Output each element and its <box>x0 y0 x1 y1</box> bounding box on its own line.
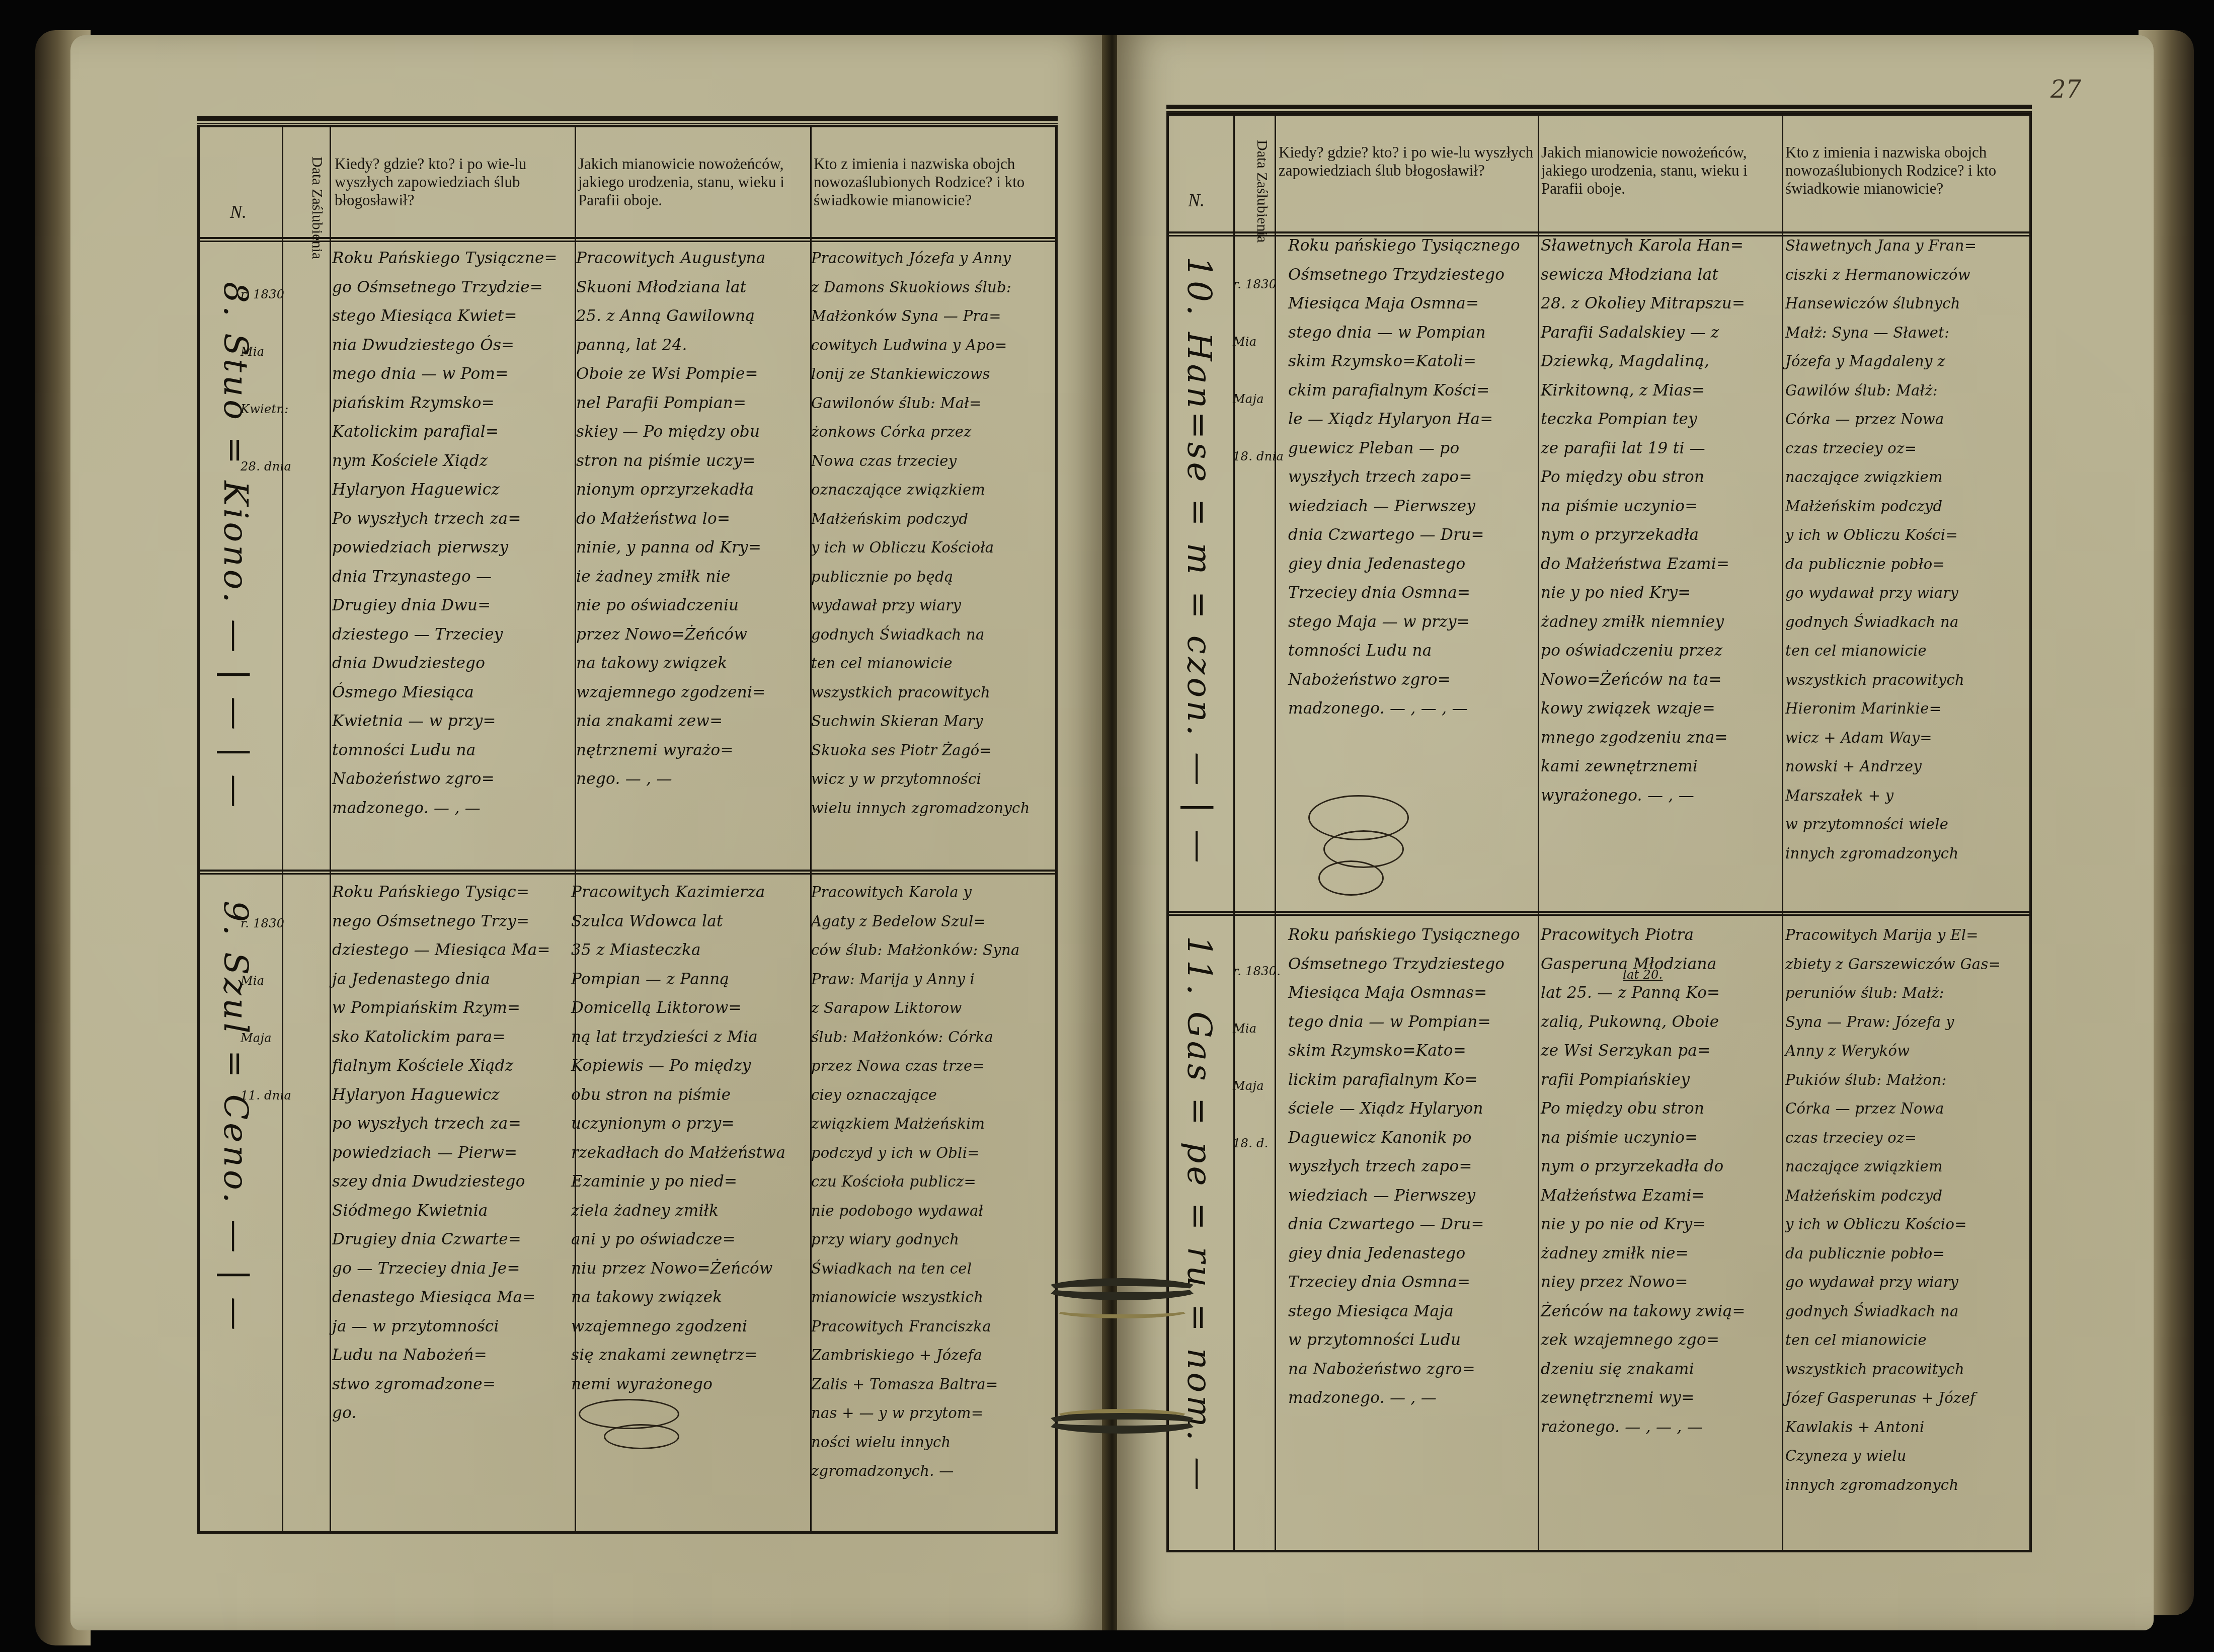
handwritten-line: szey dnia Dwudziestego <box>332 1167 550 1197</box>
entry-separator <box>1169 911 2029 916</box>
handwritten-line: niey przez Nowo= <box>1541 1268 1746 1297</box>
handwritten-line: Józefa y Magdaleny z <box>1785 347 1976 376</box>
handwritten-line: stego Miesiąca Maja <box>1288 1297 1520 1326</box>
handwritten-line: ściele — Xiądz Hylaryon <box>1288 1094 1520 1124</box>
handwritten-line: Córka — przez Nowa <box>1785 405 1976 434</box>
handwritten-line: w przytomności Ludu <box>1288 1326 1520 1355</box>
column-divider <box>1538 116 1539 1550</box>
handwritten-line: Zalis + Tomasza Baltra= <box>811 1370 1020 1399</box>
handwritten-line: Po między obu stron <box>1541 1094 1746 1124</box>
entry-number-11: 11. Gas = pe = ru = nom. — <box>1180 936 1219 1493</box>
handwritten-line: Nowo=Żeńców na ta= <box>1541 666 1745 695</box>
handwritten-line: da publicznie pobło= <box>1785 550 1976 579</box>
header-ceremony: Kiedy? gdzie? kto? i po wie-lu wyszłych … <box>335 155 571 209</box>
handwritten-line: piańskim Rzymsko= <box>332 389 558 418</box>
handwritten-line: z Sarapow Liktorow <box>811 994 1020 1023</box>
handwritten-line: nego. — , — <box>576 765 766 794</box>
handwritten-line: Domicellą Liktorow= <box>571 994 785 1023</box>
entry-number-10: 10. Han=se = m = czon. — | — <box>1180 257 1219 866</box>
handwritten-line: Ludu na Nabożeń= <box>332 1341 550 1370</box>
handwritten-line: wiedziach — Pierwszey <box>1288 492 1520 521</box>
handwritten-line: ziela żadney zmiłk <box>571 1197 785 1226</box>
handwritten-line: nia znakami zew= <box>576 707 766 736</box>
handwritten-line: przez Nowo=Żeńców <box>576 620 766 650</box>
handwritten-line: Pracowitych Kazimierza <box>571 878 785 907</box>
handwritten-line: nie y po nied Kry= <box>1541 579 1745 608</box>
entry-11-ceremony: Roku pańskiego TysiącznegoOśmsetnego Trz… <box>1288 921 1520 1413</box>
handwritten-line: Czyneza y wielu <box>1785 1442 2001 1471</box>
handwritten-line: wiedziach — Pierwszey <box>1288 1182 1520 1211</box>
entry-9-spouses: Pracowitych KazimierzaSzulca Wdowca lat3… <box>571 878 785 1399</box>
date-year: r. 1830 <box>241 914 291 933</box>
handwritten-line: Syna — Praw: Józefa y <box>1785 1008 2001 1037</box>
header-spouses: Jakich mianowicie nowożeńców, jakiego ur… <box>578 155 807 209</box>
handwritten-line: 35 z Miasteczka <box>571 936 785 965</box>
handwritten-line: Pracowitych Józefa y Anny <box>811 244 1030 273</box>
handwritten-line: cowitych Ludwina y Apo= <box>811 331 1030 360</box>
handwritten-line: wydawał przy wiary <box>811 591 1030 620</box>
handwritten-line: Sławetnych Jana y Fran= <box>1785 231 1976 261</box>
header-number: N. <box>230 203 247 221</box>
handwritten-line: godnych Świadkach na <box>811 620 1030 650</box>
handwritten-line: czu Kościoła publicz= <box>811 1167 1020 1197</box>
handwritten-line: Roku Pańskiego Tysiąc= <box>332 878 550 907</box>
handwritten-line: po wyszłych trzech za= <box>332 1110 550 1139</box>
handwritten-line: Roku pańskiego Tysiącznego <box>1288 231 1520 261</box>
handwritten-line: nia Dwudziestego Ós= <box>332 331 558 360</box>
handwritten-line: rafii Pompiańskiey <box>1541 1066 1746 1095</box>
handwritten-line: Szulca Wdowca lat <box>571 907 785 936</box>
handwritten-line: 28. z Okoliey Mitrapszu= <box>1541 289 1745 319</box>
date-year: r. 1830 <box>1233 275 1284 294</box>
handwritten-line: Skuoka ses Piotr Żagó= <box>811 736 1030 765</box>
handwritten-line: wielu innych zgromadzonych <box>811 794 1030 823</box>
handwritten-line: Ośmsetnego Trzydziestego <box>1288 261 1520 290</box>
handwritten-line: Małżeńskim podczyd <box>1785 492 1976 521</box>
handwritten-line: publicznie po będą <box>811 563 1030 592</box>
handwritten-line: lonij ze Stankiewiczows <box>811 360 1030 389</box>
date-year: r. 1830. <box>1233 962 1281 981</box>
handwritten-line: żadney zmiłk nie= <box>1541 1239 1746 1269</box>
handwritten-line: Małżonków Syna — Pra= <box>811 302 1030 331</box>
handwritten-line: związkiem Małżeńskim <box>811 1110 1020 1139</box>
header-top-rule <box>1166 105 2032 113</box>
handwritten-line: Pracowitych Karola y <box>811 878 1020 907</box>
handwritten-line: go — Trzeciey dnia Je= <box>332 1254 550 1284</box>
entry-10-parents-witnesses: Sławetnych Jana y Fran=ciszki z Hermanow… <box>1785 231 1976 868</box>
handwritten-line: stwo zgromadzone= <box>332 1370 550 1399</box>
header-top-rule <box>197 116 1058 124</box>
handwritten-line: stron na piśmie uczy= <box>576 447 766 476</box>
handwritten-line: skiey — Po między obu <box>576 418 766 447</box>
handwritten-line: Nabożeństwo zgro= <box>332 765 558 794</box>
handwritten-line: nie podobogo wydawał <box>811 1197 1020 1226</box>
handwritten-line: naczające związkiem <box>1785 1152 2001 1182</box>
handwritten-line: żonkows Córka przez <box>811 418 1030 447</box>
header-parents-witnesses: Kto z imienia i nazwiska obojch nowozaśl… <box>1785 143 2029 198</box>
handwritten-line: mego dnia — w Pom= <box>332 360 558 389</box>
date-month: Maja <box>241 1029 291 1048</box>
handwritten-line: Pracowitych Marija y El= <box>1785 921 2001 950</box>
handwritten-line: Siódmego Kwietnia <box>332 1197 550 1226</box>
entry-11-parents-witnesses: Pracowitych Marija y El=zbiety z Garszew… <box>1785 921 2001 1500</box>
handwritten-line: na piśmie uczynio= <box>1541 492 1745 521</box>
handwritten-line: Nabożeństwo zgro= <box>1288 666 1520 695</box>
entry-11-spouses: Pracowitych PiotraGasperuna Młodzianalat… <box>1541 921 1746 1442</box>
header-number: N. <box>1188 191 1205 209</box>
handwritten-line: ciszki z Hermanowiczów <box>1785 261 1976 290</box>
handwritten-line: y ich w Obliczu Kościoła <box>811 533 1030 563</box>
handwritten-line: Miesiąca Maja Osmnas= <box>1288 979 1520 1008</box>
handwritten-line: nym o przyrzekadła do <box>1541 1152 1746 1182</box>
handwritten-line: ie żadney zmiłk nie <box>576 563 766 592</box>
handwritten-line: wszystkich pracowitych <box>811 678 1030 707</box>
handwritten-line: Agaty z Bedelow Szul= <box>811 907 1020 936</box>
entry-8-date: r. 1830 Mia Kwietn: 28. dnia <box>241 247 291 495</box>
handwritten-line: Parafii Sadalskiey — z <box>1541 319 1745 348</box>
column-divider <box>330 127 331 1531</box>
handwritten-line: ani y po oświadcze= <box>571 1225 785 1254</box>
handwritten-line: ze parafii lat 19 ti — <box>1541 434 1745 463</box>
binding-thread <box>1054 1303 1190 1318</box>
handwritten-line: Pompian — z Panną <box>571 965 785 994</box>
handwritten-line: do Małżeństwa lo= <box>576 505 766 534</box>
handwritten-line: przez Nowa czas trze= <box>811 1052 1020 1081</box>
folio-number: 27 <box>2050 75 2081 104</box>
handwritten-line: nie po oświadczeniu <box>576 591 766 620</box>
handwritten-line: Hieronim Marinkie= <box>1785 694 1976 724</box>
handwritten-line: Anny z Weryków <box>1785 1037 2001 1066</box>
handwritten-line: nie y po nie od Kry= <box>1541 1210 1746 1239</box>
handwritten-line: na takowy związek <box>571 1283 785 1312</box>
handwritten-line: zgromadzonych. — <box>811 1457 1020 1486</box>
handwritten-line: na takowy związek <box>576 649 766 678</box>
handwritten-line: Drugiey dnia Dwu= <box>332 591 558 620</box>
handwritten-line: peruniów ślub: Małż: <box>1785 979 2001 1008</box>
handwritten-line: y ich w Obliczu Kości= <box>1785 521 1976 550</box>
handwritten-line: sko Katolickim para= <box>332 1023 550 1052</box>
handwritten-line: zewnętrznemi wy= <box>1541 1384 1746 1413</box>
handwritten-line: nionym oprzyrzekadła <box>576 476 766 505</box>
handwritten-line: Zambriskiego + Józefa <box>811 1341 1020 1370</box>
header-spouses: Jakich mianowicie nowożeńców, jakiego ur… <box>1541 143 1779 198</box>
entry-9-date: r. 1830 Mia Maja 11. dnia <box>241 876 291 1124</box>
handwritten-line: kami zewnętrznemi <box>1541 752 1745 781</box>
handwritten-line: Katolickim parafial= <box>332 418 558 447</box>
handwritten-line: Gawilonów ślub: Mał= <box>811 389 1030 418</box>
handwritten-line: Praw: Marija y Anny i <box>811 965 1020 994</box>
handwritten-line: powiedziach pierwszy <box>332 533 558 563</box>
handwritten-line: Żeńców na takowy zwią= <box>1541 1297 1746 1326</box>
handwritten-line: panną, lat 24. <box>576 331 766 360</box>
handwritten-line: po oświadczeniu przez <box>1541 637 1745 666</box>
handwritten-line: Nowa czas trzeciey <box>811 447 1030 476</box>
handwritten-line: Hylaryon Haguewicz <box>332 476 558 505</box>
handwritten-line: przy wiary godnych <box>811 1225 1020 1254</box>
handwritten-line: giey dnia Jedenastego <box>1288 1239 1520 1269</box>
handwritten-line: oznaczające związkiem <box>811 476 1030 505</box>
header-ceremony: Kiedy? gdzie? kto? i po wie-lu wyszłych … <box>1279 143 1535 180</box>
handwritten-line: tomności Ludu na <box>332 736 558 765</box>
column-divider <box>1782 116 1783 1550</box>
handwritten-line: dzeniu się znakami <box>1541 1355 1746 1384</box>
handwritten-line: sewicza Młodziana lat <box>1541 261 1745 290</box>
entry-8-ceremony: Roku Pańskiego Tysiączne=go Ośmsetnego T… <box>332 244 558 823</box>
date-abbr: Mia <box>1233 332 1284 351</box>
handwritten-line: ten cel mianowicie <box>1785 1326 2001 1355</box>
handwritten-line: madzonego. — , — , — <box>1288 694 1520 724</box>
handwritten-line: Skuoni Młodziana lat <box>576 273 766 302</box>
handwritten-line: naczające związkiem <box>1785 463 1976 492</box>
handwritten-line: nemi wyrażonego <box>571 1370 785 1399</box>
handwritten-line: nel Parafii Pompian= <box>576 389 766 418</box>
handwritten-line: madzonego. — , — <box>332 794 558 823</box>
entry-8-parents-witnesses: Pracowitych Józefa y Annyz Damons Skuoki… <box>811 244 1030 823</box>
header-parents-witnesses: Kto z imienia i nazwiska obojch nowozaśl… <box>814 155 1055 209</box>
handwritten-line: innych zgromadzonych <box>1785 1471 2001 1500</box>
date-year: r. 1830 <box>241 285 291 304</box>
handwritten-line: zbiety z Garszewiczów Gas= <box>1785 950 2001 979</box>
handwritten-line: denastego Miesiąca Ma= <box>332 1283 550 1312</box>
entry-number: 11. <box>1180 936 1219 998</box>
entry-11-insertion: lat 20. <box>1623 965 1663 984</box>
handwritten-line: dziestego — Trzeciey <box>332 620 558 650</box>
handwritten-line: dnia Czwartego — Dru= <box>1288 1210 1520 1239</box>
handwritten-line: Małżeńskim podczyd <box>1785 1182 2001 1211</box>
handwritten-line: wicz y w przytomności <box>811 765 1030 794</box>
handwritten-line: wszystkich pracowitych <box>1785 666 1976 695</box>
handwritten-line: Kwietnia — w przy= <box>332 707 558 736</box>
handwritten-line: guewicz Pleban — po <box>1288 434 1520 463</box>
handwritten-line: Kawlakis + Antoni <box>1785 1413 2001 1442</box>
handwritten-line: stego Miesiąca Kwiet= <box>332 302 558 331</box>
date-day: 18. dnia <box>1233 447 1284 466</box>
handwritten-line: Córka — przez Nowa <box>1785 1094 2001 1124</box>
handwritten-line: obu stron na piśmie <box>571 1081 785 1110</box>
handwritten-line: Ezaminie y po nied= <box>571 1167 785 1197</box>
handwritten-line: godnych Świadkach na <box>1785 1297 2001 1326</box>
handwritten-line: ninie, y panna od Kry= <box>576 533 766 563</box>
handwritten-line: ciey oznaczające <box>811 1081 1020 1110</box>
handwritten-line: Małż: Syna — Sławet: <box>1785 319 1976 348</box>
handwritten-line: nym Kościele Xiądz <box>332 447 558 476</box>
handwritten-line: teczka Pompian tey <box>1541 405 1745 434</box>
handwritten-line: nym o przyrzekadła <box>1541 521 1745 550</box>
handwritten-line: tomności Ludu na <box>1288 637 1520 666</box>
handwritten-line: ten cel mianowicie <box>811 649 1030 678</box>
entry-separator <box>200 870 1055 875</box>
handwritten-line: godnych Świadkach na <box>1785 608 1976 637</box>
handwritten-line: w Pompiańskim Rzym= <box>332 994 550 1023</box>
handwritten-line: Hansewiczów ślubnych <box>1785 289 1976 319</box>
handwritten-line: Suchwin Skieran Mary <box>811 707 1030 736</box>
handwritten-line: innych zgromadzonych <box>1785 839 1976 869</box>
handwritten-line: żadney zmiłk niemniey <box>1541 608 1745 637</box>
handwritten-line: ności wielu innych <box>811 1428 1020 1457</box>
handwritten-line: wzajemnego zgodzeni= <box>576 678 766 707</box>
handwritten-line: go wydawał przy wiary <box>1785 1268 2001 1297</box>
handwritten-line: Daguewicz Kanonik po <box>1288 1124 1520 1153</box>
date-abbr: Mia <box>241 342 291 361</box>
handwritten-line: go wydawał przy wiary <box>1785 579 1976 608</box>
handwritten-line: Małżeństwa Ezami= <box>1541 1182 1746 1211</box>
handwritten-line: Trzeciey dnia Osmna= <box>1288 1268 1520 1297</box>
handwritten-line: giey dnia Jedenastego <box>1288 550 1520 579</box>
handwritten-line: go Ośmsetnego Trzydzie= <box>332 273 558 302</box>
handwritten-line: Dziewką, Magdaliną, <box>1541 347 1745 376</box>
handwritten-line: wicz + Adam Way= <box>1785 724 1976 753</box>
handwritten-line: stego Maja — w przy= <box>1288 608 1520 637</box>
handwritten-line: dnia Czwartego — Dru= <box>1288 521 1520 550</box>
handwritten-line: mnego zgodzeniu zna= <box>1541 724 1745 753</box>
handwritten-line: dnia Trzynastego — <box>332 563 558 592</box>
handwritten-line: czas trzeciey oz= <box>1785 434 1976 463</box>
handwritten-line: ja — w przytomności <box>332 1312 550 1342</box>
handwritten-line: niu przez Nowo=Żeńców <box>571 1254 785 1284</box>
handwritten-line: y ich w Obliczu Kościo= <box>1785 1210 2001 1239</box>
date-day: 11. dnia <box>241 1086 291 1105</box>
handwritten-line: Kirkitowną, z Mias= <box>1541 376 1745 406</box>
handwritten-line: ckim parafialnym Kości= <box>1288 376 1520 406</box>
handwritten-line: się znakami zewnętrz= <box>571 1341 785 1370</box>
entry-10-ceremony: Roku pańskiego TysiącznegoOśmsetnego Trz… <box>1288 231 1520 724</box>
handwritten-line: skim Rzymsko=Kato= <box>1288 1037 1520 1066</box>
binding-thread <box>1054 1409 1190 1424</box>
handwritten-line: ja Jedenastego dnia <box>332 965 550 994</box>
handwritten-line: wyszłych trzech zapo= <box>1288 1152 1520 1182</box>
date-month: Maja <box>1233 1076 1281 1095</box>
date-month: Kwietn: <box>241 400 291 419</box>
handwritten-line: Pukiów ślub: Małżon: <box>1785 1066 2001 1095</box>
handwritten-line: Trzeciey dnia Osmna= <box>1288 579 1520 608</box>
handwritten-line: lickim parafialnym Ko= <box>1288 1066 1520 1095</box>
entry-9-ceremony: Roku Pańskiego Tysiąc=nego Ośmsetnego Tr… <box>332 878 550 1428</box>
entry-10-spouses: Sławetnych Karola Han=sewicza Młodziana … <box>1541 231 1745 810</box>
signature-flourish <box>604 1424 679 1449</box>
handwritten-line: na piśmie uczynio= <box>1541 1124 1746 1153</box>
date-abbr: Mia <box>1233 1019 1281 1038</box>
handwritten-line: go. <box>332 1399 550 1428</box>
handwritten-line: 25. z Anną Gawilowną <box>576 302 766 331</box>
handwritten-line: Kopiewis — Po między <box>571 1052 785 1081</box>
handwritten-line: Marszałek + y <box>1785 781 1976 811</box>
handwritten-line: nego Ośmsetnego Trzy= <box>332 907 550 936</box>
handwritten-line: Ośmsetnego Trzydziestego <box>1288 950 1520 979</box>
handwritten-line: ze Wsi Serzykan pa= <box>1541 1037 1746 1066</box>
header-date: Data Zaślubienia <box>289 147 325 268</box>
handwritten-line: ców ślub: Małżonków: Syna <box>811 936 1020 965</box>
handwritten-line: nowski + Andrzey <box>1785 752 1976 781</box>
entry-number: 10. <box>1180 257 1219 319</box>
handwritten-line: rzekadłach do Małżeństwa <box>571 1139 785 1168</box>
handwritten-line: Świadkach na ten cel <box>811 1254 1020 1284</box>
handwritten-line: kowy związek wzaje= <box>1541 694 1745 724</box>
signature-flourish <box>1318 860 1384 896</box>
handwritten-line: zalią, Pukowną, Oboie <box>1541 1008 1746 1037</box>
handwritten-line: ślub: Małżonków: Córka <box>811 1023 1020 1052</box>
entry-margin-note: Han=se = m = czon. — | — <box>1180 332 1219 866</box>
handwritten-line: madzonego. — , — <box>1288 1384 1520 1413</box>
handwritten-line: Roku pańskiego Tysiącznego <box>1288 921 1520 950</box>
handwritten-line: nętrznemi wyrażo= <box>576 736 766 765</box>
handwritten-line: Pracowitych Piotra <box>1541 921 1746 950</box>
handwritten-line: Małżeńskim podczyd <box>811 505 1030 534</box>
handwritten-line: ten cel mianowicie <box>1785 637 1976 666</box>
handwritten-line: uczynionym o przy= <box>571 1110 785 1139</box>
handwritten-line: Gawilów ślub: Małż: <box>1785 376 1976 406</box>
date-day: 18. d. <box>1233 1134 1281 1153</box>
entry-11-date: r. 1830. Mia Maja 18. d. <box>1233 923 1281 1172</box>
handwritten-line: stego dnia — w Pompian <box>1288 319 1520 348</box>
handwritten-line: wyszłych trzech zapo= <box>1288 463 1520 492</box>
handwritten-line: do Małżeństwa Ezami= <box>1541 550 1745 579</box>
entry-9-parents-witnesses: Pracowitych Karola yAgaty z Bedelow Szul… <box>811 878 1020 1486</box>
handwritten-line: Ósmego Miesiąca <box>332 678 558 707</box>
handwritten-line: na Nabożeństwo zgro= <box>1288 1355 1520 1384</box>
binding-thread <box>1044 1278 1200 1300</box>
handwritten-line: wzajemnego zgodzeni <box>571 1312 785 1342</box>
handwritten-line: Miesiąca Maja Osmna= <box>1288 289 1520 319</box>
handwritten-line: czas trzeciey oz= <box>1785 1124 2001 1153</box>
handwritten-line: mianowicie wszystkich <box>811 1283 1020 1312</box>
date-month: Maja <box>1233 389 1284 409</box>
entry-10-date: r. 1830 Mia Maja 18. dnia <box>1233 237 1284 485</box>
handwritten-line: fialnym Kościele Xiądz <box>332 1052 550 1081</box>
handwritten-line: Oboie ze Wsi Pompie= <box>576 360 766 389</box>
handwritten-line: da publicznie pobło= <box>1785 1239 2001 1269</box>
handwritten-line: Józef Gasperunas + Józef <box>1785 1384 2001 1413</box>
handwritten-line: Po wyszłych trzech za= <box>332 505 558 534</box>
handwritten-line: powiedziach — Pierw= <box>332 1139 550 1168</box>
date-abbr: Mia <box>241 971 291 990</box>
handwritten-line: ną lat trzydzieści z Mia <box>571 1023 785 1052</box>
handwritten-line: rażonego. — , — , — <box>1541 1413 1746 1442</box>
handwritten-line: tego dnia — w Pompian= <box>1288 1008 1520 1037</box>
handwritten-line: dnia Dwudziestego <box>332 649 558 678</box>
handwritten-line: le — Xiądz Hylaryon Ha= <box>1288 405 1520 434</box>
handwritten-line: z Damons Skuokiows ślub: <box>811 273 1030 302</box>
handwritten-line: Po między obu stron <box>1541 463 1745 492</box>
handwritten-line: dziestego — Miesiąca Ma= <box>332 936 550 965</box>
handwritten-line: w przytomności wiele <box>1785 810 1976 839</box>
handwritten-line: Roku Pańskiego Tysiączne= <box>332 244 558 273</box>
handwritten-line: wszystkich pracowitych <box>1785 1355 2001 1384</box>
header-bottom-rule <box>200 237 1055 242</box>
handwritten-line: Sławetnych Karola Han= <box>1541 231 1745 261</box>
handwritten-line: skim Rzymsko=Katoli= <box>1288 347 1520 376</box>
handwritten-line: wyrażonego. — , — <box>1541 781 1745 811</box>
handwritten-line: Pracowitych Franciszka <box>811 1312 1020 1342</box>
entry-8-spouses: Pracowitych AugustynaSkuoni Młodziana la… <box>576 244 766 794</box>
handwritten-line: podczyd y ich w Obli= <box>811 1139 1020 1168</box>
handwritten-line: Pracowitych Augustyna <box>576 244 766 273</box>
handwritten-line: Hylaryon Haguewicz <box>332 1081 550 1110</box>
handwritten-line: Drugiey dnia Czwarte= <box>332 1225 550 1254</box>
date-day: 28. dnia <box>241 457 291 476</box>
handwritten-line: nas + — y w przytom= <box>811 1399 1020 1428</box>
handwritten-line: zek wzajemnego zgo= <box>1541 1326 1746 1355</box>
